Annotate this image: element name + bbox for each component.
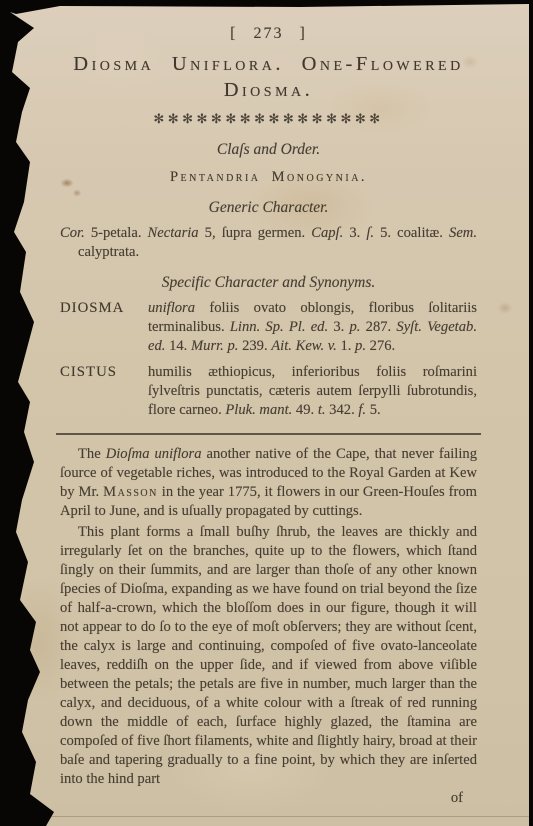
- body-paragraph-1: The Dioſma uniflora another native of th…: [60, 445, 477, 521]
- synonym-entry-diosma: DIOSMA uniflora foliis ovato oblongis, f…: [60, 299, 477, 356]
- synonym-entry-text: uniflora foliis ovato oblongis, floribus…: [148, 299, 477, 356]
- synonym-entry-cistus: CISTUS humilis æthiopicus, inferioribus …: [60, 363, 477, 420]
- class-and-order-value: Pentandria Monogynia.: [60, 168, 477, 187]
- generic-character-text: Cor. 5-petala. Nectaria 5, ſupra germen.…: [60, 224, 477, 262]
- article-title-line2: Diosma.: [60, 77, 477, 103]
- body-paragraph-2: This plant forms a ſmall buſhy ſhrub, th…: [60, 523, 477, 789]
- page-number: [ 273 ]: [60, 24, 477, 43]
- genus-term: DIOSMA: [60, 299, 124, 318]
- generic-character-heading: Generic Character.: [60, 198, 477, 217]
- article-title-line1: Diosma Uniflora. One-Flowered: [60, 51, 477, 77]
- class-and-order-heading: Claſs and Order.: [60, 140, 477, 159]
- catchword: of: [60, 789, 477, 808]
- bottom-crease-line: [20, 816, 533, 817]
- synonym-entry-text: humilis æthiopicus, inferioribus foliis …: [148, 363, 477, 420]
- asterisk-ornament-row: ✻✻✻✻✻✻✻✻✻✻✻✻✻✻✻✻: [60, 110, 477, 129]
- specific-character-heading: Specific Character and Synonyms.: [60, 273, 477, 292]
- genus-term: CISTUS: [60, 363, 117, 382]
- page-content: [ 273 ] Diosma Uniflora. One-Flowered Di…: [60, 24, 477, 808]
- section-divider-rule: [56, 433, 481, 435]
